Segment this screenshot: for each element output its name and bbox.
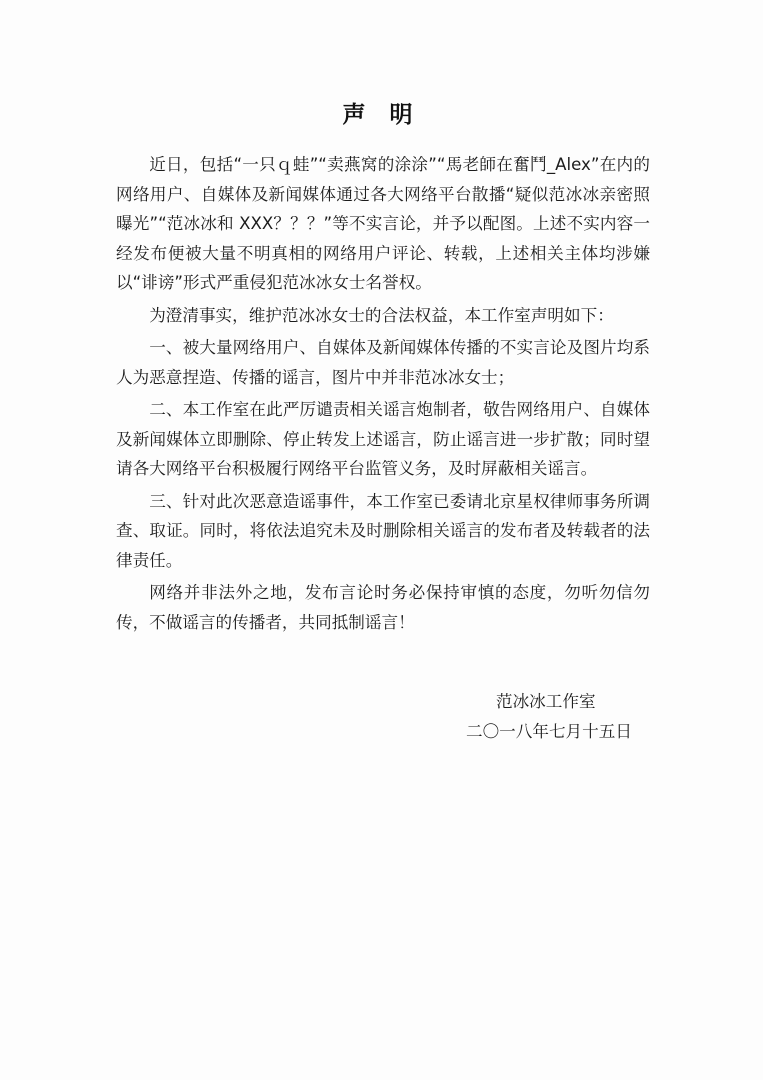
paragraph-intro: 近日，包括“一只ｑ蛙”“卖燕窝的涂涂”“馬老師在奮鬥_Alex”在内的网络用户、… — [116, 150, 650, 298]
signature-organization: 范冰冰工作室 — [496, 688, 596, 712]
text-line: 侵犯范冰冰女士名誉权。 — [249, 273, 432, 292]
text-line: 为澄清事实，维护范冰冰女士的合法权益，本工作室声明如下： — [149, 306, 614, 325]
paragraph-point-1: 一、被大量网络用户、自媒体及新闻媒体传播的不实言论及图片均系人为恶意捏造、传播的… — [116, 333, 650, 392]
paragraph-point-2: 二、本工作室在此严厉谴责相关谣言炮制者，敬告网络用户、自媒体及新闻媒体立即删除、… — [116, 395, 650, 484]
document-title: 声 明 — [0, 96, 763, 129]
paragraph-point-3: 三、针对此次恶意造谣事件，本工作室已委请北京星权律师事务所调查、取证。同时，将依… — [116, 487, 650, 576]
text-line: 谣言的传播者，共同抵制谣言！ — [182, 613, 414, 632]
text-line: 近日，包括“一只ｑ蛙”“卖燕窝的涂涂”“馬老師在奮鬥_Alex”在内的 — [149, 155, 650, 174]
document-page: 声 明 近日，包括“一只ｑ蛙”“卖燕窝的涂涂”“馬老師在奮鬥_Alex”在内的网… — [0, 0, 763, 1080]
paragraph-closing: 网络并非法外之地，发布言论时务必保持审慎的态度，勿听勿信勿传，不做谣言的传播者，… — [116, 578, 650, 637]
signature-date: 二〇一八年七月十五日 — [466, 718, 632, 742]
text-line: 台积极履行网络平台监管义务，及时屏蔽相关谣言。 — [216, 459, 598, 478]
document-body: 近日，包括“一只ｑ蛙”“卖燕窝的涂涂”“馬老師在奮鬥_Alex”在内的网络用户、… — [116, 150, 650, 644]
text-line: 证。同时，将依法追究未及时删除相关谣言的发布者及转载者的法律责任。 — [116, 521, 650, 570]
paragraph-purpose: 为澄清事实，维护范冰冰女士的合法权益，本工作室声明如下： — [116, 301, 650, 331]
text-line: 意捏造、传播的谣言，图片中并非范冰冰女士； — [166, 368, 514, 387]
